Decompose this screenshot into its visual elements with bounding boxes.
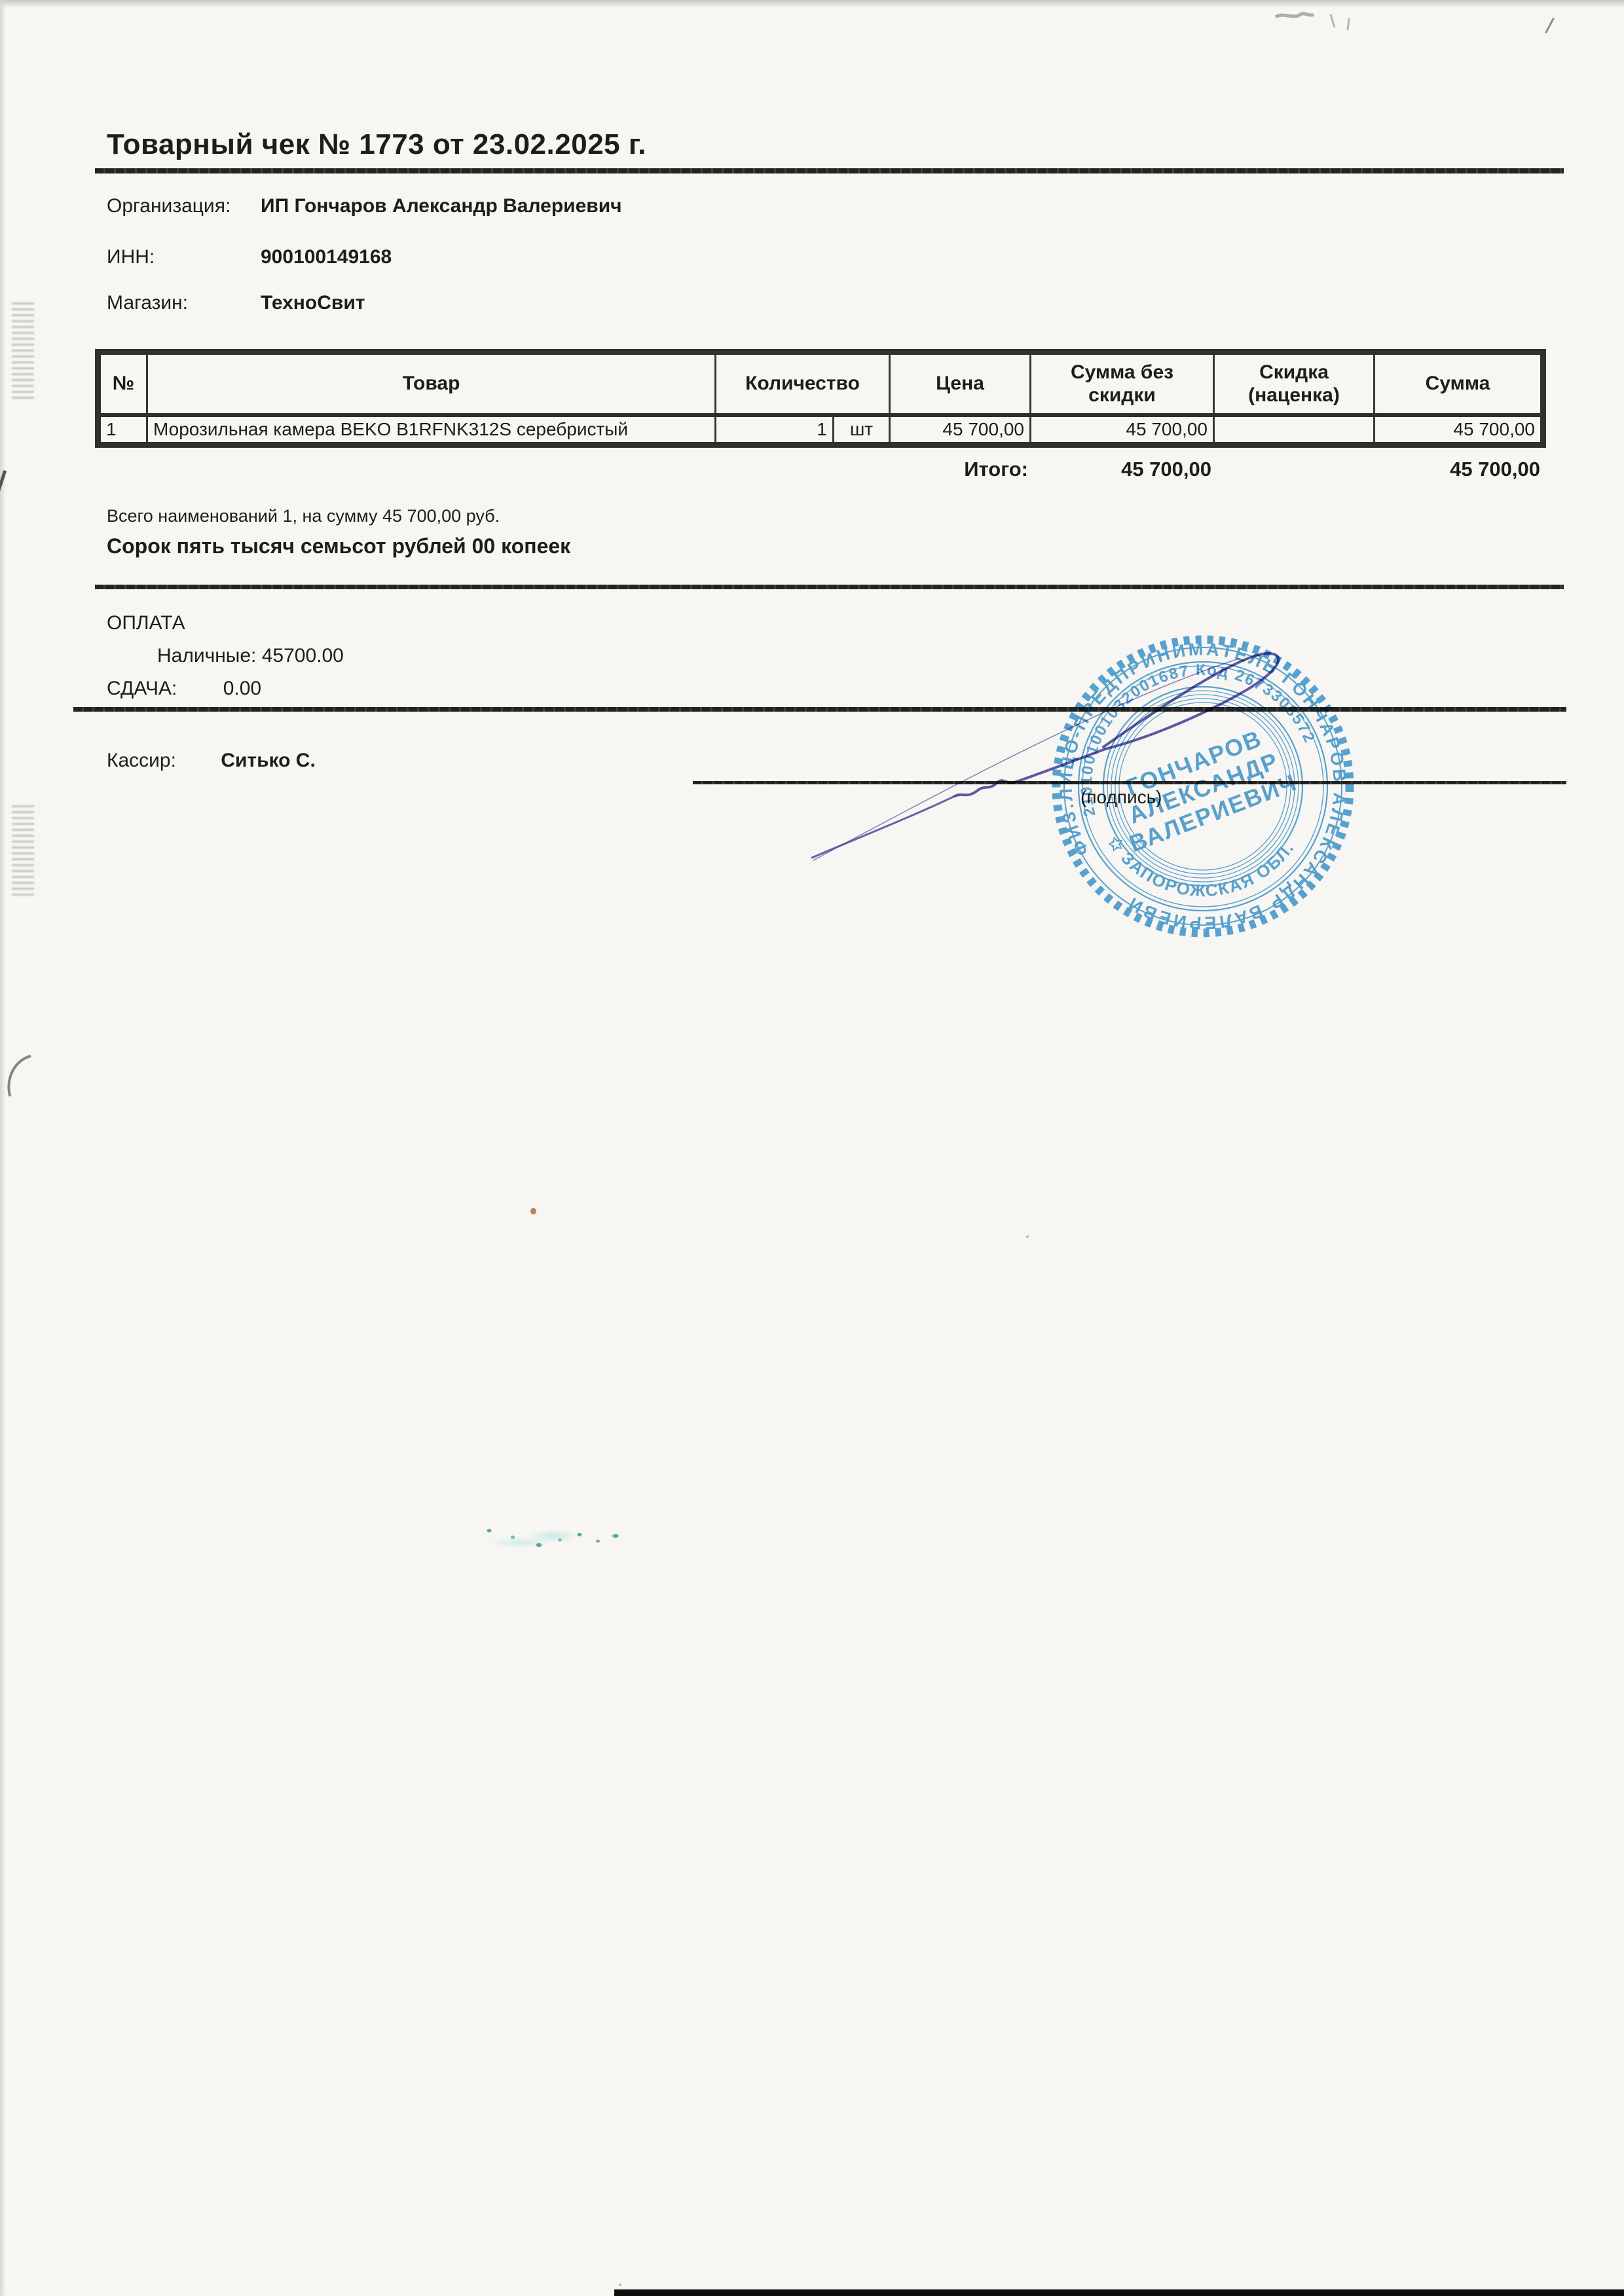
cell-qty: 1	[716, 415, 834, 445]
cell-sum: 45 700,00	[1375, 415, 1543, 445]
pencil-tick-artifact	[1545, 18, 1555, 33]
inn-value: 900100149168	[261, 246, 392, 268]
col-price: Цена	[890, 352, 1031, 416]
cell-discount	[1214, 415, 1375, 445]
scan-edge-top	[0, 0, 1624, 8]
store-value: ТехноСвит	[261, 292, 365, 314]
payment-title: ОПЛАТА	[107, 612, 185, 634]
cell-unit: шт	[834, 415, 890, 445]
items-count-line: Всего наименований 1, на сумму 45 700,00…	[107, 506, 500, 526]
total-label: Итого:	[95, 458, 1028, 481]
amount-in-words: Сорок пять тысяч семьсот рублей 00 копее…	[107, 534, 570, 558]
col-num: №	[98, 352, 147, 416]
items-table: № Товар Количество Цена Сумма без скидки…	[95, 349, 1546, 448]
ghost-text-smudge	[12, 805, 34, 897]
receipt-page: Товарный чек № 1773 от 23.02.2025 г. Орг…	[0, 0, 1624, 2296]
col-qty: Количество	[716, 352, 890, 416]
cashier-label: Кассир:	[107, 750, 176, 771]
divider	[95, 585, 1564, 589]
page-title: Товарный чек № 1773 от 23.02.2025 г.	[107, 128, 646, 161]
orange-speck-artifact	[530, 1208, 536, 1214]
payment-cash-line: Наличные: 45700.00	[157, 645, 344, 667]
speck	[619, 2284, 621, 2286]
col-sum: Сумма	[1375, 352, 1543, 416]
cashier-row: Кассир: Ситько С.	[107, 750, 316, 772]
title-rule	[95, 168, 1564, 173]
payment-change-line: СДАЧА: 0.00	[107, 678, 261, 700]
org-row: Организация: ИП Гончаров Александр Валер…	[107, 195, 231, 217]
cashier-name: Ситько С.	[221, 750, 316, 771]
round-stamp: ФИЗ.ЛИЦО-ПРЕДПРИНИМАТЕЛЬ ГОНЧАРОВ АЛЕКСА…	[1050, 634, 1356, 939]
scan-bottom-strip	[614, 2289, 1624, 2296]
table-row: 1 Морозильная камера BEKO B1RFNK312S сер…	[98, 415, 1543, 445]
store-label: Магазин:	[107, 292, 188, 314]
inn-label: ИНН:	[107, 246, 155, 268]
scan-edge-left	[0, 0, 6, 2296]
col-sum-no-discount: Сумма без скидки	[1031, 352, 1214, 416]
cell-num: 1	[98, 415, 147, 445]
ghost-text-smudge	[12, 302, 34, 401]
teal-smudge-artifact	[481, 1523, 629, 1554]
speck	[1026, 1235, 1029, 1238]
pencil-hook-artifact	[0, 1055, 39, 1097]
change-label: СДАЧА:	[107, 678, 177, 699]
change-value: 0.00	[223, 678, 261, 699]
org-value: ИП Гончаров Александр Валериевич	[261, 195, 622, 217]
pencil-scribble-artifact	[1270, 8, 1401, 37]
total-no-discount: 45 700,00	[1028, 458, 1211, 481]
store-row: Магазин: ТехноСвит	[107, 292, 188, 314]
col-discount: Скидка (наценка)	[1214, 352, 1375, 416]
total-sum: 45 700,00	[1211, 458, 1540, 481]
inn-row: ИНН: 900100149168	[107, 246, 155, 268]
cell-price: 45 700,00	[890, 415, 1031, 445]
cell-product: Морозильная камера BEKO B1RFNK312S сереб…	[147, 415, 716, 445]
table-header-row: № Товар Количество Цена Сумма без скидки…	[98, 352, 1543, 416]
cell-sum-no-discount: 45 700,00	[1031, 415, 1214, 445]
totals-row: Итого: 45 700,00 45 700,00	[95, 458, 1540, 481]
org-label: Организация:	[107, 195, 231, 217]
col-product: Товар	[147, 352, 716, 416]
